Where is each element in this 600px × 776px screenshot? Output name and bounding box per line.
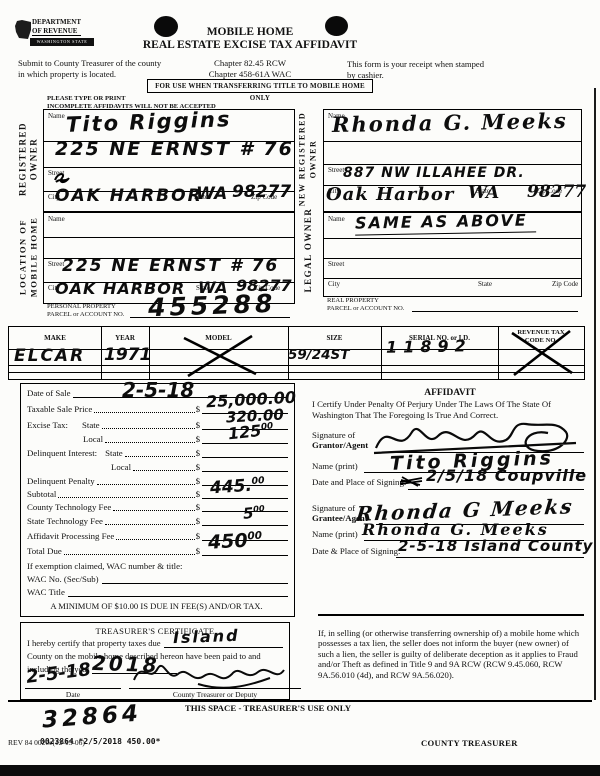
new-owner-name-value: Rhonda G. Meeks bbox=[332, 110, 568, 135]
wac-title-row: WAC Title bbox=[27, 587, 288, 597]
taxable-price-label: Taxable Sale Price bbox=[27, 404, 92, 414]
delinq-state-label: State bbox=[105, 448, 123, 458]
dollar-sign: $ bbox=[196, 546, 200, 556]
dept-of-revenue-wordmark: DEPARTMENT OF REVENUE bbox=[32, 18, 81, 36]
dollar-sign: $ bbox=[196, 434, 200, 444]
deputy-signature-line bbox=[129, 688, 301, 689]
new-owner-zip-value: 98277 bbox=[527, 184, 586, 201]
grantee-date-line bbox=[396, 557, 584, 558]
county-tech-label: County Technology Fee bbox=[27, 502, 111, 512]
amount-line bbox=[202, 555, 288, 556]
street-field-scribble bbox=[52, 170, 72, 186]
registered-owner-name-value: Tito Riggins bbox=[66, 109, 232, 136]
registered-owner-address-value: 225 NE ERNST # 76 bbox=[55, 140, 294, 159]
personal-property-parcel-label: PERSONAL PROPERTY PARCEL or ACCOUNT NO. bbox=[47, 303, 124, 318]
date-of-sale-value: 2-5-18 bbox=[122, 380, 194, 400]
delinq-prefix: Delinquent Interest: bbox=[27, 448, 97, 458]
deputy-label: County Treasurer or Deputy bbox=[129, 690, 301, 699]
treasurer-signature bbox=[128, 658, 288, 688]
dollar-sign: $ bbox=[196, 448, 200, 458]
amount-line bbox=[202, 443, 288, 444]
affidavit-heading: AFFIDAVIT bbox=[320, 388, 580, 398]
dollar-sign: $ bbox=[196, 476, 200, 486]
delinq-penalty-label: Delinquent Penalty bbox=[27, 476, 95, 486]
state-tech-fee-value: 500 bbox=[242, 504, 265, 522]
total-due-value: 45000 bbox=[208, 531, 263, 553]
grantee-name-print-label: Name (print) bbox=[312, 529, 358, 539]
dollar-sign: $ bbox=[196, 502, 200, 512]
print-note1: PLEASE TYPE OR PRINT bbox=[47, 95, 125, 102]
row-divider bbox=[9, 372, 584, 373]
vehicle-year-value: 1971 bbox=[104, 347, 151, 364]
legal-owner-name-value: SAME AS ABOVE bbox=[355, 212, 536, 235]
grantor-date-label: Date and Place of Signing: bbox=[312, 477, 406, 487]
excise-state-label: State bbox=[82, 420, 100, 430]
dollar-sign: $ bbox=[196, 462, 200, 472]
dot-leader bbox=[97, 484, 195, 485]
dot-leader bbox=[58, 497, 194, 498]
state-label: State bbox=[478, 280, 492, 288]
new-owner-street-value: 887 NW ILLAHEE DR. bbox=[343, 166, 525, 180]
dot-leader bbox=[125, 456, 195, 457]
wac-no-line bbox=[102, 583, 288, 584]
dot-leader bbox=[94, 412, 194, 413]
amount-line bbox=[202, 457, 288, 458]
vehicle-make-value: ELCAR bbox=[14, 348, 85, 365]
grantee-date-value: 2-5-18 Island County bbox=[398, 539, 593, 554]
amount-line bbox=[202, 525, 288, 526]
dot-leader bbox=[105, 524, 195, 525]
receipt-number-handwritten: 32864 bbox=[41, 703, 142, 733]
scan-edge-line bbox=[594, 88, 596, 700]
registered-owner-city-value: OAK HARBOR bbox=[55, 188, 203, 205]
street-label: Street bbox=[328, 166, 344, 174]
row-divider bbox=[324, 258, 581, 259]
cashier-stamp-text: 0023864 *2/5/2018 450.00* bbox=[40, 737, 160, 746]
grantor-date-line bbox=[408, 489, 584, 490]
submit-note: Submit to County Treasurer of the county… bbox=[18, 58, 161, 79]
excise-local-label: Local bbox=[83, 434, 103, 444]
washington-state-bar: WASHINGTON STATE bbox=[30, 38, 94, 46]
form-title: MOBILE HOME REAL ESTATE EXCISE TAX AFFID… bbox=[125, 26, 375, 52]
year-header: YEAR bbox=[101, 334, 149, 342]
real-property-parcel-label: REAL PROPERTY PARCEL or ACCOUNT NO. bbox=[327, 297, 404, 312]
dot-leader bbox=[116, 539, 194, 540]
revenue-code-x-mark bbox=[506, 329, 578, 377]
row-divider bbox=[324, 278, 581, 279]
grantor-agent-label: Grantor/Agent bbox=[312, 440, 368, 450]
amount-line bbox=[202, 471, 288, 472]
treasurer-space-divider bbox=[8, 700, 592, 702]
scratched-out-mark bbox=[398, 474, 424, 488]
county-treasurer-label: COUNTY TREASURER bbox=[421, 738, 518, 748]
chapter-references: Chapter 82.45 RCWChapter 458-61A WAC bbox=[165, 58, 335, 80]
scan-bottom-band bbox=[0, 765, 600, 776]
title-line2: REAL ESTATE EXCISE TAX AFFIDAVIT bbox=[125, 39, 375, 52]
grantor-name-print-label: Name (print) bbox=[312, 461, 358, 471]
transfer-title-banner: FOR USE WHEN TRANSFERRING TITLE TO MOBIL… bbox=[147, 79, 373, 93]
name-label: Name bbox=[48, 215, 65, 223]
delinq-interest-local-row: Local$ bbox=[27, 462, 288, 472]
delinq-interest-state-row: Delinquent Interest:State$ bbox=[27, 448, 288, 458]
registered-owner-section-label: REGISTERED OWNER bbox=[18, 122, 39, 196]
dept-line2: OF REVENUE bbox=[32, 27, 81, 37]
grantee-name-value: Rhonda G. Meeks bbox=[362, 522, 549, 538]
row-divider bbox=[44, 167, 294, 168]
chapter-line2: Chapter 458-61A WAC bbox=[209, 69, 291, 79]
affidavit-certification-text: I Certify Under Penalty Of Perjury Under… bbox=[312, 399, 586, 420]
subtotal-label: Subtotal bbox=[27, 489, 56, 499]
dollar-sign: $ bbox=[196, 420, 200, 430]
affidavit-divider bbox=[318, 614, 584, 616]
name-label: Name bbox=[328, 215, 345, 223]
delinq-local-label: Local bbox=[111, 462, 131, 472]
row-divider bbox=[324, 238, 581, 239]
new-owner-city-value: Oak Harbor bbox=[326, 186, 454, 204]
city-label: City bbox=[328, 280, 340, 288]
title-line1: MOBILE HOME bbox=[125, 26, 375, 39]
dollar-sign: $ bbox=[196, 531, 200, 541]
certify-pre-text: I hereby certify that property taxes due bbox=[27, 638, 161, 648]
row-divider bbox=[324, 141, 581, 142]
dot-leader bbox=[105, 442, 195, 443]
treasurer-date-line bbox=[25, 688, 121, 689]
treasurer-county-value: Island bbox=[173, 628, 240, 646]
wac-no-row: WAC No. (Sec/Sub) bbox=[27, 574, 288, 584]
grantor-date-value: 2/5/18 Coupville bbox=[426, 468, 587, 484]
location-street-value: 225 NE ERNST # 76 bbox=[62, 258, 279, 275]
treasurer-space-note: THIS SPACE - TREASURER'S USE ONLY bbox=[118, 703, 418, 713]
state-tech-label: State Technology Fee bbox=[27, 516, 103, 526]
minimum-fee-note: A MINIMUM OF $10.00 IS DUE IN FEE(S) AND… bbox=[22, 601, 291, 611]
treasurer-date-label: Date bbox=[25, 690, 121, 699]
grantee-signature-of-label: Signature of bbox=[312, 503, 355, 513]
dollar-sign: $ bbox=[196, 489, 200, 499]
wac-no-label: WAC No. (Sec/Sub) bbox=[27, 574, 99, 584]
dollar-sign: $ bbox=[196, 516, 200, 526]
location-section-label: LOCATION OF MOBILE HOME bbox=[18, 217, 39, 298]
zip-label: Zip Code bbox=[552, 280, 578, 288]
grantor-signature-of-label: Signature of bbox=[312, 430, 355, 440]
receipt-note: This form is your receipt when stamped b… bbox=[347, 59, 484, 80]
legal-owner-section-label: LEGAL OWNER bbox=[303, 208, 314, 293]
dept-line1: DEPARTMENT bbox=[32, 18, 81, 27]
excise-prefix: Excise Tax: bbox=[27, 420, 68, 430]
date-of-sale-label: Date of Sale bbox=[27, 388, 70, 398]
processing-fee-label: Affidavit Processing Fee bbox=[27, 531, 114, 541]
new-registered-owner-section-label: NEW REGISTERED OWNER bbox=[298, 112, 319, 206]
model-x-mark bbox=[176, 334, 264, 378]
grantee-date-label: Date & Place of Signing: bbox=[312, 546, 400, 556]
total-due-label: Total Due bbox=[27, 546, 62, 556]
dot-leader bbox=[133, 470, 195, 471]
certify-line1: I hereby certify that property taxes due bbox=[27, 638, 283, 648]
county-blank-line bbox=[164, 647, 283, 648]
new-owner-state-value: WA bbox=[468, 185, 499, 202]
wac-title-line bbox=[68, 596, 288, 597]
dot-leader bbox=[102, 428, 195, 429]
registered-owner-state-value: WA bbox=[196, 186, 227, 203]
street-label: Street bbox=[328, 260, 344, 268]
wac-title-label: WAC Title bbox=[27, 587, 65, 597]
exemption-label: If exemption claimed, WAC number & title… bbox=[27, 561, 182, 571]
row-divider bbox=[44, 237, 294, 238]
name-label: Name bbox=[48, 112, 65, 120]
dot-leader bbox=[64, 554, 195, 555]
vehicle-serial-value: 11892 bbox=[386, 338, 472, 355]
vehicle-size-value: 59/24ST bbox=[288, 349, 349, 363]
affidavit-form-page: DEPARTMENT OF REVENUE WASHINGTON STATE M… bbox=[0, 0, 600, 776]
size-header: SIZE bbox=[288, 334, 381, 342]
dot-leader bbox=[113, 510, 194, 511]
registered-owner-zip-value: 98277 bbox=[232, 184, 291, 201]
real-parcel-underline bbox=[412, 311, 578, 312]
treasurer-heading: TREASURER'S CERTIFICATE bbox=[21, 626, 289, 636]
make-header: MAKE bbox=[9, 334, 101, 342]
row-divider bbox=[9, 365, 584, 366]
lien-notice-text: If, in selling (or otherwise transferrin… bbox=[318, 628, 586, 680]
chapter-line1: Chapter 82.45 RCW bbox=[214, 58, 286, 68]
dollar-sign: $ bbox=[196, 404, 200, 414]
personal-property-parcel-value: 455288 bbox=[148, 291, 277, 320]
